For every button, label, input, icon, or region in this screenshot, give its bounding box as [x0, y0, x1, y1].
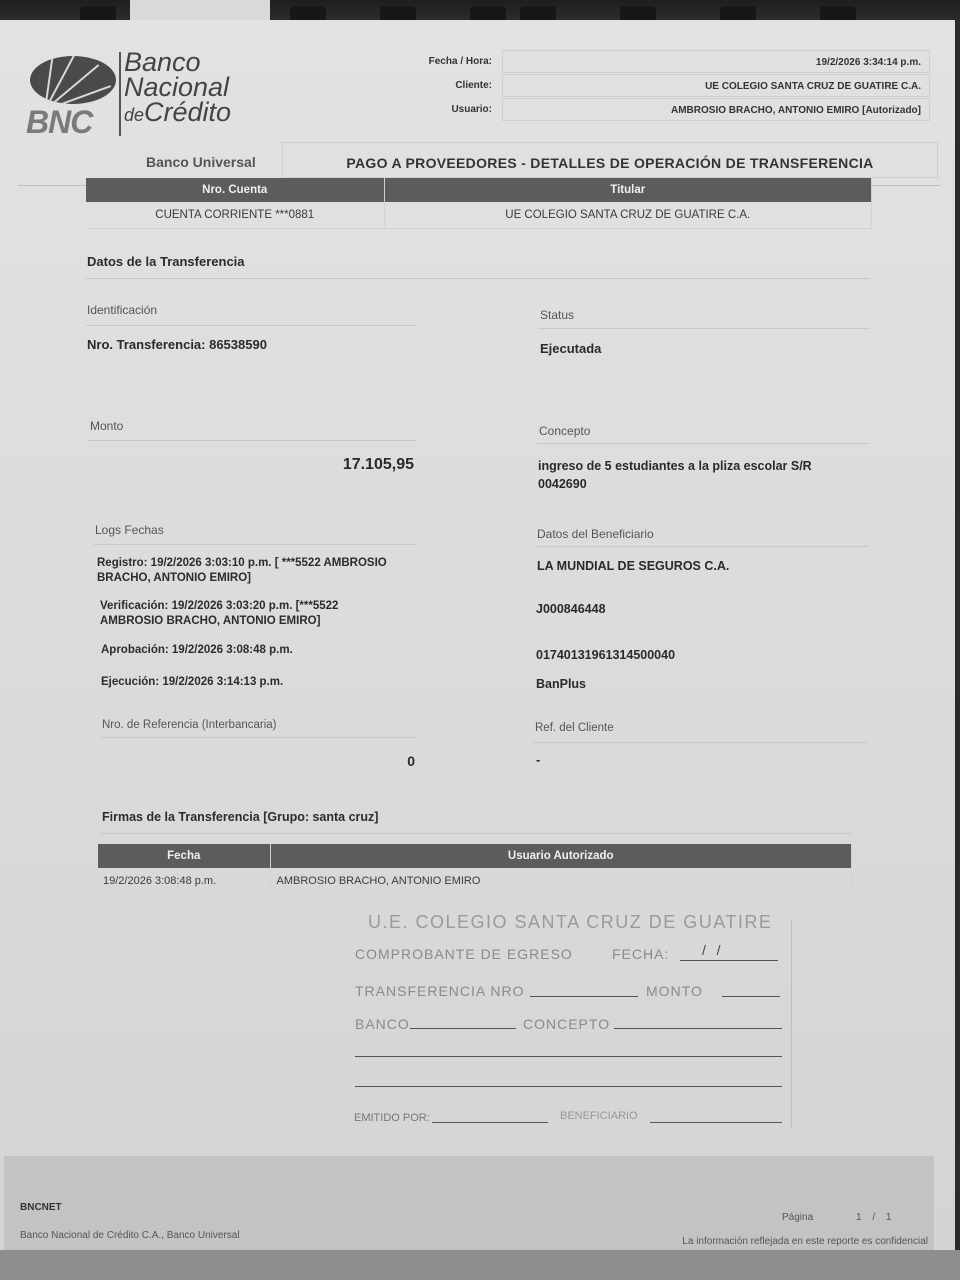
column-header-cuenta: Nro. Cuenta	[86, 178, 384, 202]
footer-brand: BNCNET	[20, 1202, 62, 1213]
label-ref-interbancaria: Nro. de Referencia (Interbancaria)	[102, 719, 277, 731]
log-verificacion: Verificación: 19/2/2026 3:03:20 p.m. [**…	[100, 599, 338, 629]
logo-divider	[119, 52, 121, 136]
label-logs: Logs Fechas	[95, 523, 164, 537]
divider	[94, 544, 416, 545]
stamp-comprobante: COMPROBANTE DE EGRESO	[355, 946, 573, 962]
beneficiary-rif: J000846448	[536, 602, 606, 616]
status-value: Ejecutada	[540, 341, 601, 356]
stamp-title: U.E. COLEGIO SANTA CRUZ DE GUATIRE	[368, 912, 772, 933]
log-ejecucion: Ejecución: 19/2/2026 3:14:13 p.m.	[101, 675, 283, 690]
label-beneficiario: Datos del Beneficiario	[537, 527, 654, 541]
meta-cliente: Cliente: UE COLEGIO SANTA CRUZ DE GUATIR…	[400, 74, 940, 98]
stamp-fecha-slashes: / /	[702, 942, 722, 958]
egress-voucher-stamp: U.E. COLEGIO SANTA CRUZ DE GUATIRE COMPR…	[352, 912, 792, 1128]
bank-logo: BNC Banco Nacional deCrédito Banco Unive…	[26, 50, 286, 160]
divider	[86, 278, 870, 279]
document-page: BNC Banco Nacional deCrédito Banco Unive…	[0, 20, 955, 1250]
beneficiary-bank: BanPlus	[536, 677, 586, 691]
table-row: CUENTA CORRIENTE ***0881 UE COLEGIO SANT…	[86, 202, 872, 228]
amount-value: 17.105,95	[250, 456, 414, 474]
section-title-transferencia: Datos de la Transferencia	[87, 254, 245, 269]
beneficiary-account: 01740131961314500040	[536, 648, 675, 662]
divider	[100, 833, 852, 834]
column-header-fecha: Fecha	[98, 844, 270, 868]
report-title: PAGO A PROVEEDORES - DETALLES DE OPERACI…	[282, 142, 938, 178]
stamp-concepto: CONCEPTO	[523, 1016, 610, 1032]
stamp-beneficiario: BENEFICIARIO	[560, 1110, 638, 1122]
footer-page-number: 1 / 1	[856, 1212, 895, 1223]
stamp-transferencia: TRANSFERENCIA NRO	[355, 983, 524, 999]
logo-sunburst-icon	[30, 56, 116, 104]
label-monto: Monto	[90, 419, 123, 433]
footer-bank-name: Banco Nacional de Crédito C.A., Banco Un…	[20, 1230, 240, 1241]
logo-subtitle: Banco Universal	[146, 154, 256, 170]
meta-fecha-hora: Fecha / Hora: 19/2/2026 3:34:14 p.m.	[400, 50, 940, 74]
ref-cliente-value: -	[536, 752, 540, 767]
label-identificacion: Identificación	[87, 303, 157, 317]
concept-value: ingreso de 5 estudiantes a la pliza esco…	[538, 457, 812, 493]
column-header-usuario: Usuario Autorizado	[270, 844, 852, 868]
divider	[88, 440, 416, 441]
stamp-emitido: EMITIDO POR:	[354, 1112, 430, 1124]
desk-background	[0, 1250, 960, 1280]
divider	[86, 325, 416, 326]
label-concepto: Concepto	[539, 424, 590, 438]
signatures-table: Fecha Usuario Autorizado 19/2/2026 3:08:…	[98, 844, 852, 895]
log-registro: Registro: 19/2/2026 3:03:10 p.m. [ ***55…	[97, 556, 387, 586]
meta-usuario: Usuario: AMBROSIO BRACHO, ANTONIO EMIRO …	[400, 98, 940, 122]
label-ref-cliente: Ref. del Cliente	[535, 722, 614, 734]
footer-confidential-note: La información reflejada en este reporte…	[682, 1236, 928, 1247]
divider	[537, 443, 870, 444]
section-title-firmas: Firmas de la Transferencia [Grupo: santa…	[102, 810, 378, 824]
column-header-titular: Titular	[384, 178, 872, 202]
divider	[533, 742, 867, 743]
account-table: Nro. Cuenta Titular CUENTA CORRIENTE ***…	[86, 178, 872, 229]
stamp-banco: BANCO	[355, 1016, 410, 1032]
logo-abbr: BNC	[26, 104, 92, 141]
table-row: 19/2/2026 3:08:48 p.m. AMBROSIO BRACHO, …	[98, 868, 852, 894]
stamp-monto: MONTO	[646, 983, 703, 999]
divider	[535, 546, 869, 547]
transfer-number: Nro. Transferencia: 86538590	[87, 337, 267, 352]
report-footer: BNCNET Banco Nacional de Crédito C.A., B…	[4, 1156, 934, 1264]
beneficiary-name: LA MUNDIAL DE SEGUROS C.A.	[537, 559, 729, 573]
logo-name: Banco Nacional deCrédito	[124, 50, 231, 128]
log-aprobacion: Aprobación: 19/2/2026 3:08:48 p.m.	[101, 643, 293, 658]
footer-page-label: Página	[782, 1212, 813, 1223]
label-status: Status	[540, 308, 574, 322]
paper-slip	[130, 0, 270, 20]
divider	[100, 737, 416, 738]
stamp-fecha-label: FECHA:	[612, 946, 669, 962]
ref-interbancaria-value: 0	[300, 753, 415, 769]
divider	[538, 328, 870, 329]
